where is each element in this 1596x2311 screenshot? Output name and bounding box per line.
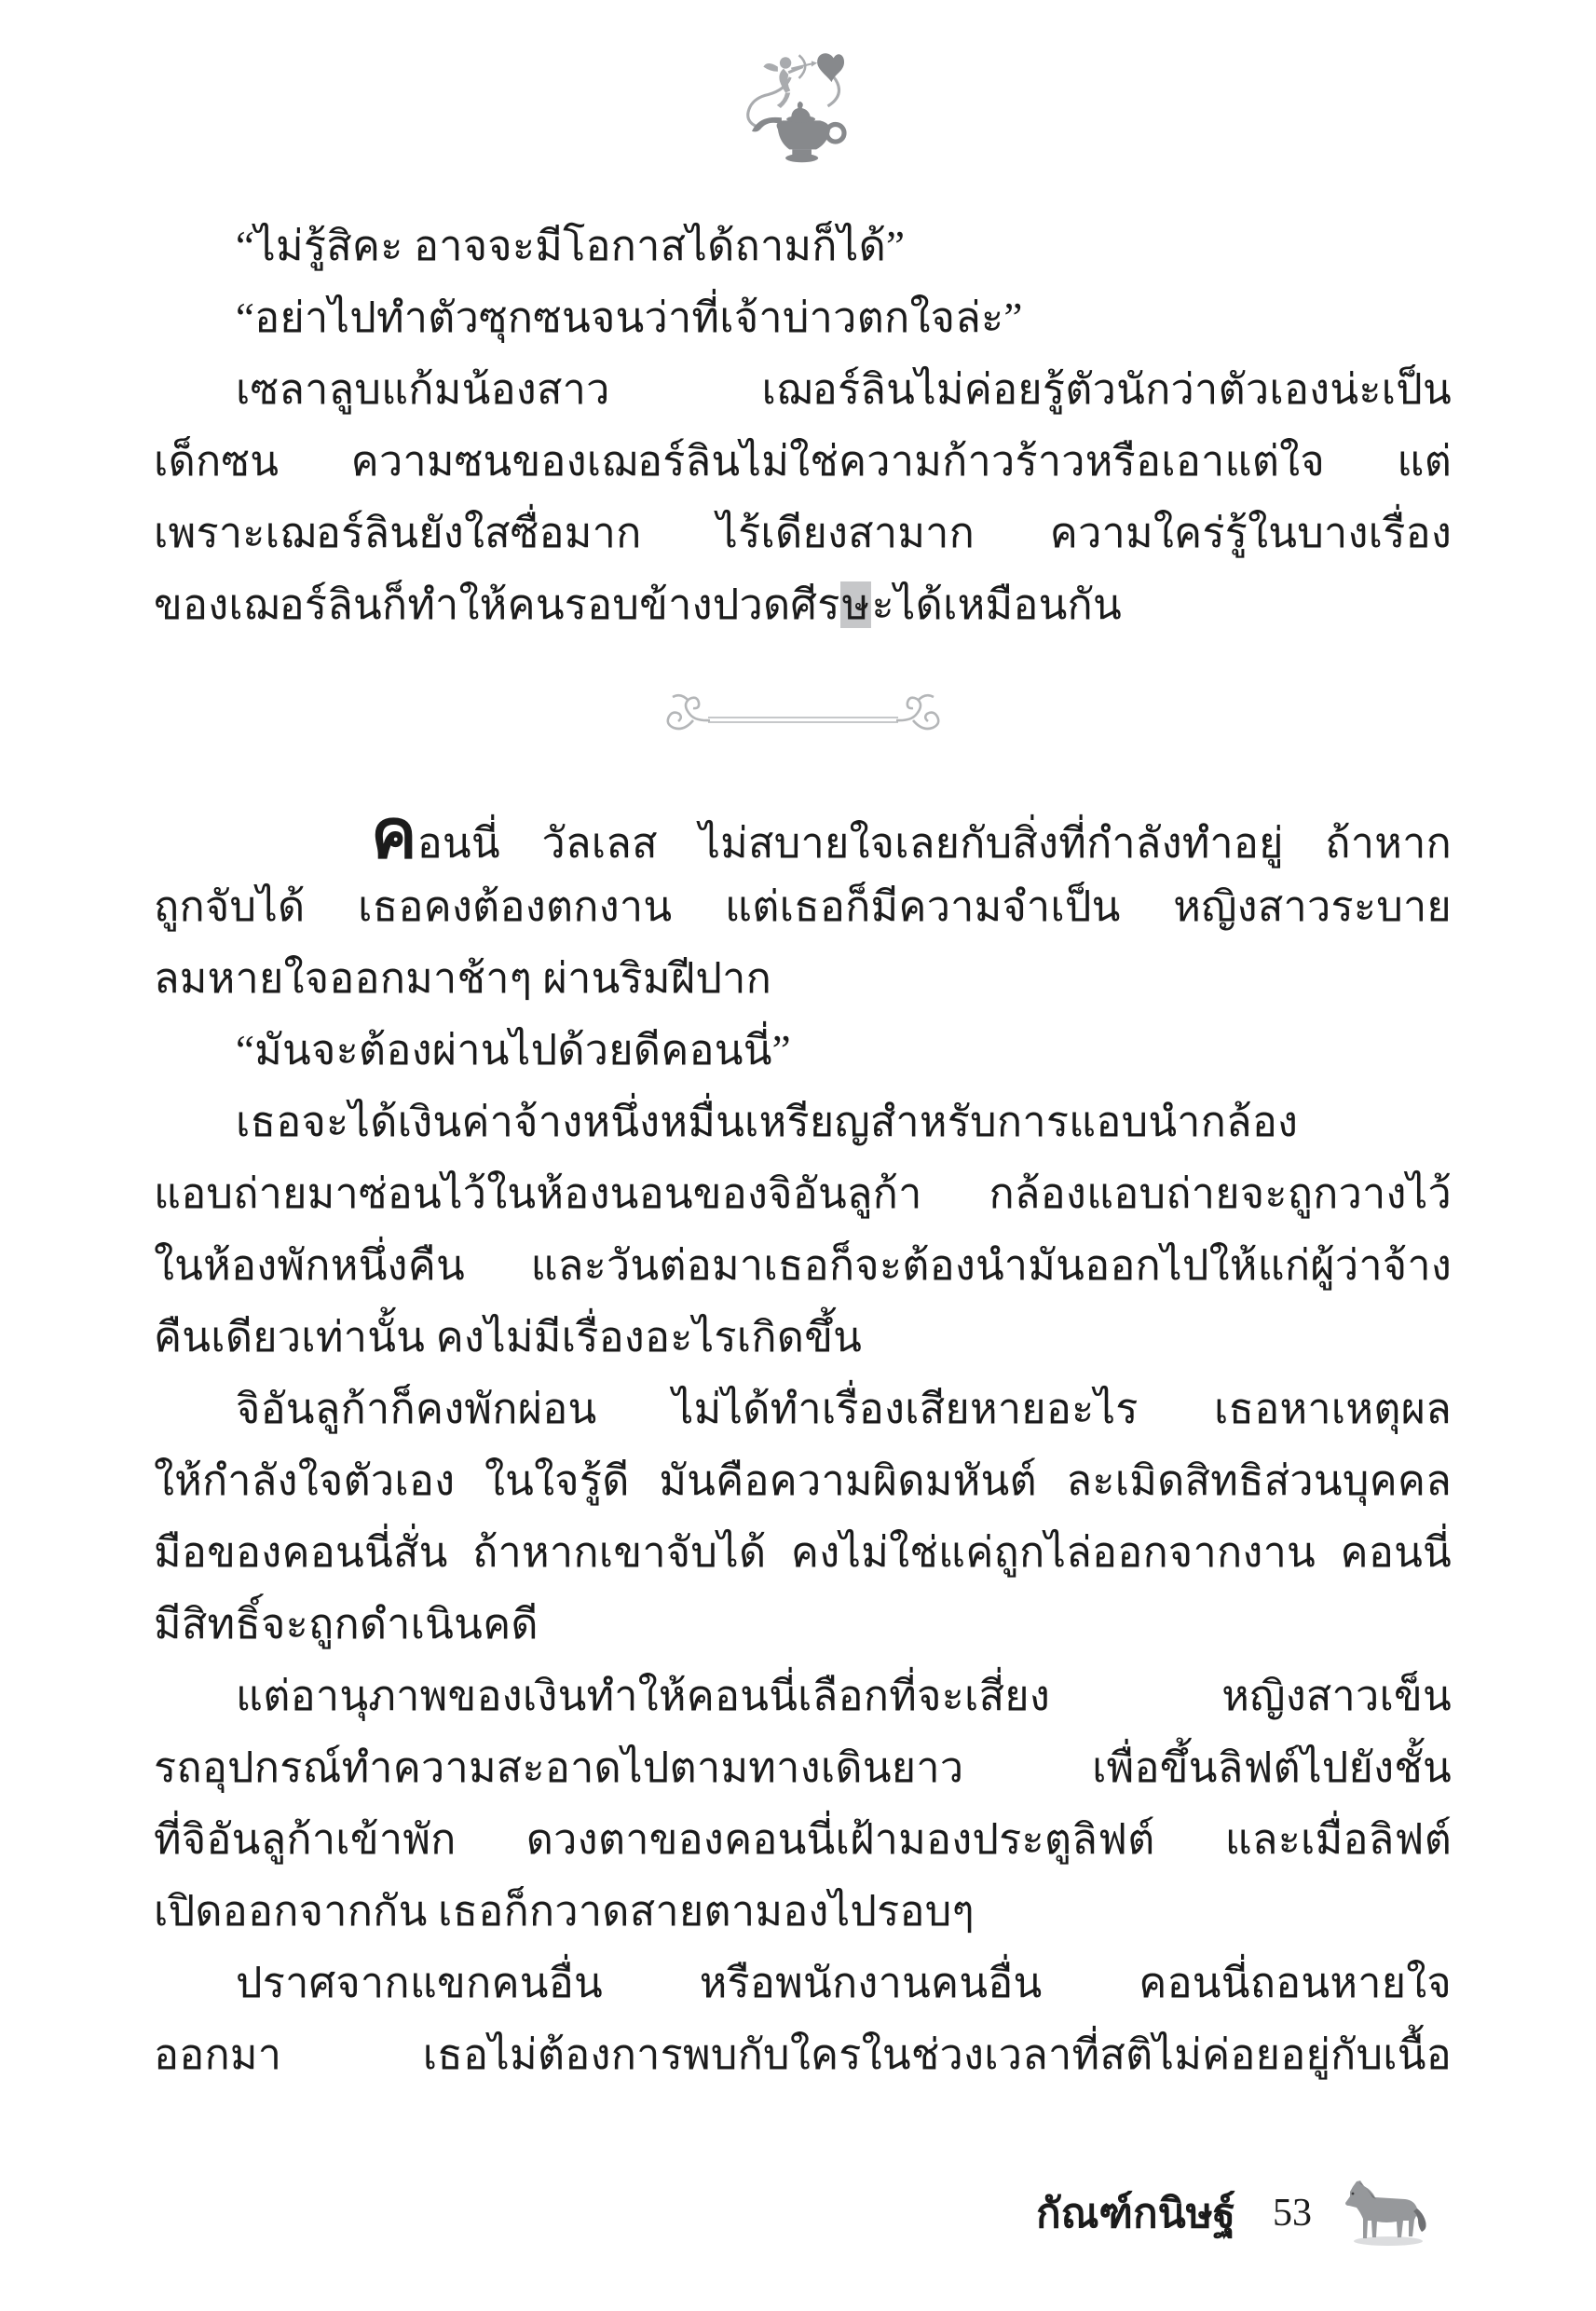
cupid-lamp-icon (735, 48, 861, 170)
horse-icon (1340, 2179, 1433, 2248)
text-line: ออกมา เธอไม่ต้องการพบกับใครในช่วงเวลาที่… (154, 2019, 1452, 2091)
text-line: มีสิทธิ์จะถูกดำเนินคดี (154, 1589, 1452, 1661)
text-line: ให้กำลังใจตัวเอง ในใจรู้ดี มันคือความผิด… (154, 1445, 1452, 1517)
text-line: ของเฌอร์ลินก็ทำให้คนรอบข้างปวดศีรษะได้เห… (154, 569, 1452, 641)
header-ornament (0, 48, 1596, 170)
text-line: เด็กซน ความซนของเฌอร์ลินไม่ใช่ความก้าวร้… (154, 426, 1452, 498)
text-line: เซลาลูบแก้มน้องสาว เฌอร์ลินไม่ค่อยรู้ตัว… (154, 354, 1452, 426)
text-segment: อนนี่ วัลเลส ไม่สบายใจเลยกับสิ่งที่กำลัง… (417, 820, 1452, 867)
text-segment: ของเฌอร์ลินก็ทำให้คนรอบข้างปวดศีร (154, 581, 840, 628)
text-line: เพราะเฌอร์ลินยังใสซื่อมาก ไร้เดียงสามาก … (154, 498, 1452, 569)
text-line: ลมหายใจออกมาช้าๆ ผ่านริมฝีปาก (154, 943, 1452, 1015)
text-line: ที่จิอันลูก้าเข้าพัก ดวงตาของคอนนี่เฝ้าม… (154, 1804, 1452, 1876)
flourish-divider-icon (654, 691, 952, 750)
text-segment: ะได้เหมือนกัน (871, 581, 1122, 628)
book-title: กัณฑ์กนิษฐ์ (1036, 2181, 1235, 2246)
text-line: เธอจะได้เงินค่าจ้างหนึ่งหมื่นเหรียญสำหรั… (154, 1087, 1452, 1158)
text-line: แอบถ่ายมาซ่อนไว้ในห้องนอนของจิอันลูก้า ก… (154, 1158, 1452, 1230)
dialogue-line: “ไม่รู้สิคะ อาจจะมีโอกาสได้ถามก็ได้” (154, 211, 1452, 282)
page-footer: กัณฑ์กนิษฐ์ 53 (1036, 2171, 1433, 2255)
body-text: “ไม่รู้สิคะ อาจจะมีโอกาสได้ถามก็ได้” “อย… (154, 211, 1452, 2091)
drop-cap: ค (371, 797, 417, 873)
text-line: ในห้องพักหนึ่งคืน และวันต่อมาเธอก็จะต้อง… (154, 1230, 1452, 1302)
page-number: 53 (1263, 2191, 1312, 2236)
text-line: ถูกจับได้ เธอคงต้องตกงาน แต่เธอก็มีความจ… (154, 871, 1452, 943)
text-line: เปิดออกจากกัน เธอก็กวาดสายตามองไปรอบๆ (154, 1876, 1452, 1948)
dialogue-line: “อย่าไปทำตัวซุกซนจนว่าที่เจ้าบ่าวตกใจล่ะ… (154, 282, 1452, 354)
dialogue-line: “มันจะต้องผ่านไปด้วยดีคอนนี่” (154, 1015, 1452, 1087)
scene-divider (154, 641, 1452, 800)
highlighted-char: ษ (840, 581, 872, 628)
text-line: มือของคอนนี่สั่น ถ้าหากเขาจับได้ คงไม่ใช… (154, 1517, 1452, 1589)
text-line: ปราศจากแขกคนอื่น หรือพนักงานคนอื่น คอนนี… (154, 1948, 1452, 2019)
section-first-line: คอนนี่ วัลเลส ไม่สบายใจเลยกับสิ่งที่กำลั… (154, 800, 1452, 871)
text-line: คืนเดียวเท่านั้น คงไม่มีเรื่องอะไรเกิดขึ… (154, 1302, 1452, 1374)
text-line: จิอันลูก้าก็คงพักผ่อน ไม่ได้ทำเรื่องเสีย… (154, 1374, 1452, 1445)
text-line: แต่อานุภาพของเงินทำให้คอนนี่เลือกที่จะเส… (154, 1661, 1452, 1732)
text-line: รถอุปกรณ์ทำความสะอาดไปตามทางเดินยาว เพื่… (154, 1732, 1452, 1804)
